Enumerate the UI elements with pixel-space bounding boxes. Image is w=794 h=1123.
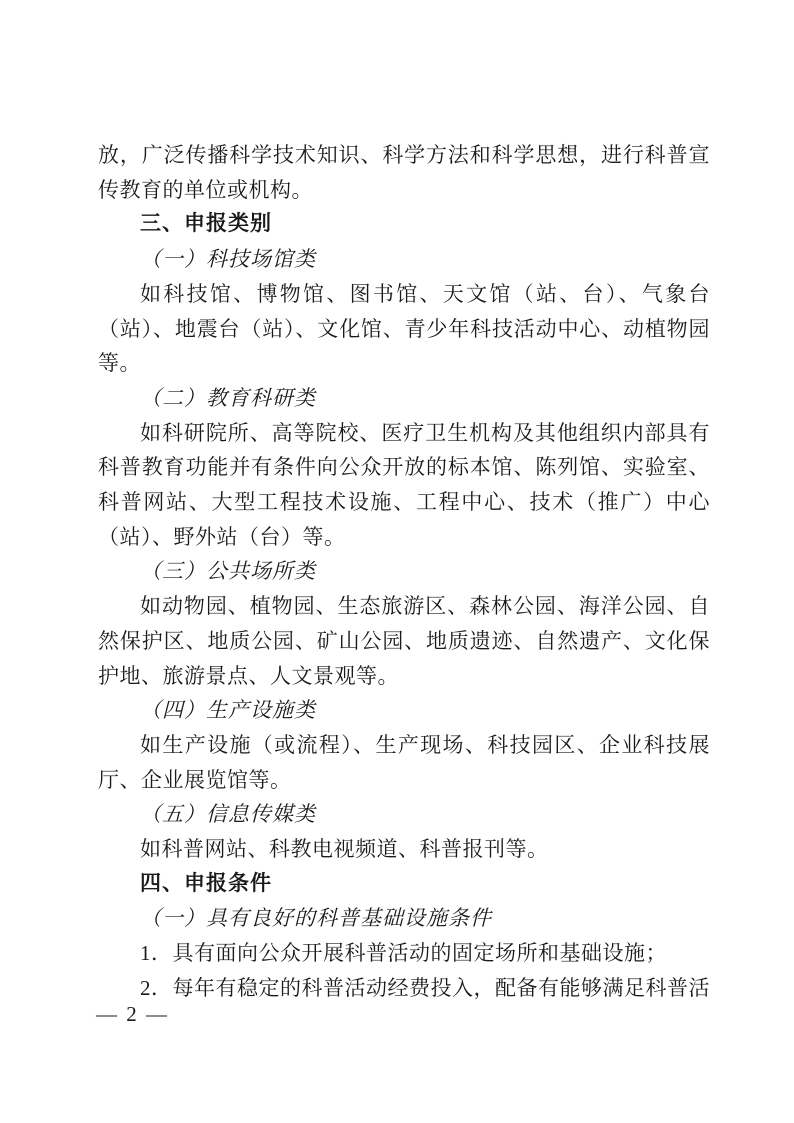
document-body: 放，广泛传播科学技术知识、科学方法和科学思想，进行科普宣传教育的单位或机构。 三…	[98, 138, 710, 1006]
document-page: 放，广泛传播科学技术知识、科学方法和科学思想，进行科普宣传教育的单位或机构。 三…	[0, 0, 794, 1123]
paragraph-condition-item-2: 2．每年有稳定的科普活动经费投入，配备有能够满足科普活	[98, 971, 710, 1006]
paragraph-category-1-examples: 如科技馆、博物馆、图书馆、天文馆（站、台）、气象台（站）、地震台（站）、文化馆、…	[98, 277, 710, 381]
subheading-category-2-education-research: （二）教育科研类	[98, 381, 710, 416]
page-number: — 2 —	[96, 1002, 169, 1026]
heading-section-4-application-conditions: 四、申报条件	[98, 867, 710, 902]
paragraph-category-4-examples: 如生产设施（或流程）、生产现场、科技园区、企业科技展厅、企业展览馆等。	[98, 728, 710, 797]
paragraph-condition-item-1: 1．具有面向公众开展科普活动的固定场所和基础设施；	[98, 936, 710, 971]
paragraph-category-5-examples: 如科普网站、科教电视频道、科普报刊等。	[98, 832, 710, 867]
subheading-category-5-information-media: （五）信息传媒类	[98, 797, 710, 832]
paragraph-category-2-examples: 如科研院所、高等院校、医疗卫生机构及其他组织内部具有科普教育功能并有条件向公众开…	[98, 416, 710, 555]
paragraph-continued-intro: 放，广泛传播科学技术知识、科学方法和科学思想，进行科普宣传教育的单位或机构。	[98, 138, 710, 207]
subheading-condition-1-infrastructure: （一）具有良好的科普基础设施条件	[98, 901, 710, 936]
subheading-category-4-production-facilities: （四）生产设施类	[98, 693, 710, 728]
subheading-category-1-venues: （一）科技场馆类	[98, 242, 710, 277]
subheading-category-3-public-places: （三）公共场所类	[98, 554, 710, 589]
heading-section-3-application-categories: 三、申报类别	[98, 207, 710, 242]
paragraph-category-3-examples: 如动物园、植物园、生态旅游区、森林公园、海洋公园、自然保护区、地质公园、矿山公园…	[98, 589, 710, 693]
